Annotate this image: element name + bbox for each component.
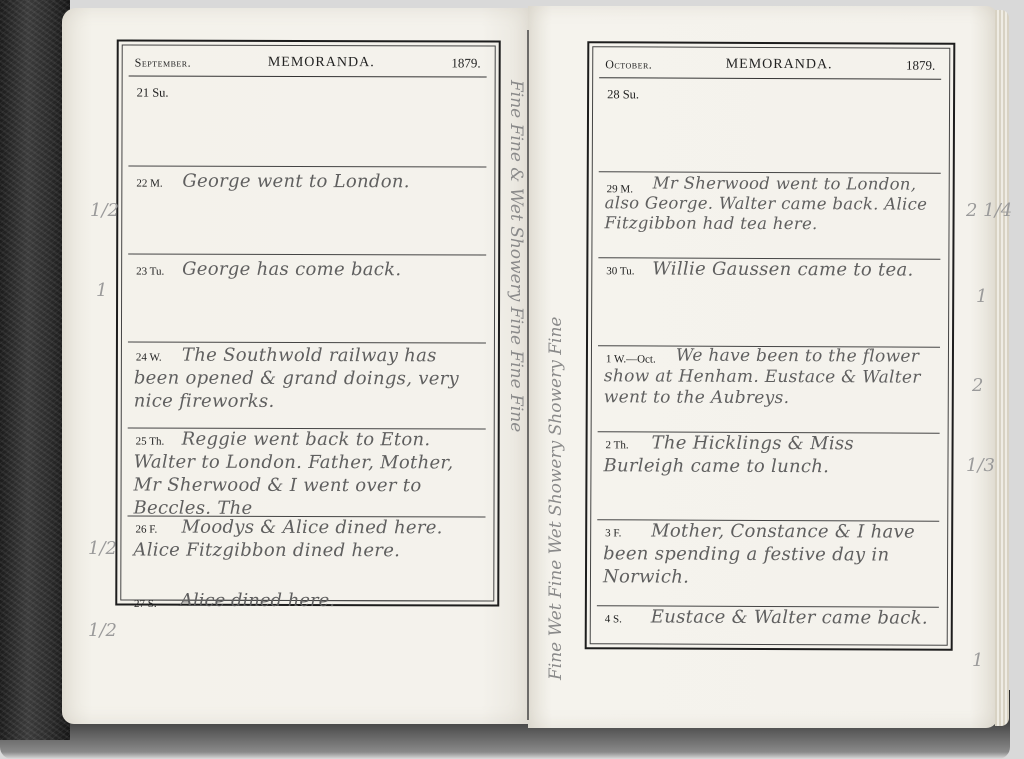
- margin-mark: 1: [972, 650, 983, 671]
- day-entry: 4 S. Eustace & Walter came back.: [597, 605, 939, 642]
- margin-mark: 1: [976, 286, 987, 307]
- margin-mark: 1: [96, 280, 107, 301]
- day-note: Eustace & Walter came back.: [603, 605, 939, 629]
- margin-mark: 1/3: [966, 455, 995, 476]
- day-label: 21 Su.: [137, 86, 169, 101]
- day-note: We have been to the flower show at Henha…: [604, 345, 940, 409]
- day-note: Reggie went back to Eton. Walter to Lond…: [133, 428, 485, 521]
- october-memoranda-frame: October. MEMORANDA. 1879. 28 Su. 29 M. M…: [585, 41, 956, 651]
- day-entry: 24 W. The Southwold railway has been ope…: [128, 342, 486, 430]
- page-edges: [995, 10, 1009, 726]
- day-entry: 30 Tu. Willie Gaussen came to tea.: [598, 257, 940, 347]
- day-label: 22 M.: [136, 178, 162, 190]
- weather-notes-right-column: Fine Wet Fine Wet Showery Showery Fine: [546, 60, 566, 680]
- day-note: Mother, Constance & I have been spending…: [603, 519, 939, 589]
- day-entry: 25 Th. Reggie went back to Eton. Walter …: [127, 428, 485, 518]
- day-note: The Southwold railway has been opened & …: [134, 344, 486, 414]
- day-note: Alice dined here.: [180, 590, 335, 611]
- weather-notes-left-column: Fine Fine & Wet Showery Fine Fine Fine: [506, 80, 526, 680]
- day-note: George went to London.: [182, 170, 486, 194]
- day-label: 28 Su.: [607, 87, 639, 102]
- margin-mark: 1/2: [90, 200, 119, 221]
- day-entry: 28 Su.: [599, 79, 941, 173]
- day-label: 23 Tu.: [136, 266, 164, 278]
- day-entry: 1 W.—Oct. We have been to the flower sho…: [598, 345, 940, 433]
- day-entry: 26 F. Moodys & Alice dined here. Alice F…: [127, 516, 485, 602]
- page-title: MEMORANDA.: [268, 55, 375, 71]
- year-label: 1879.: [451, 55, 480, 71]
- day-note: Moodys & Alice dined here. Alice Fitzgib…: [133, 516, 485, 563]
- margin-mark: 1/2: [88, 620, 117, 641]
- day-note: Mr Sherwood went to London, also George.…: [604, 173, 940, 234]
- day-note: [183, 78, 487, 79]
- margin-mark: 2 1/4: [966, 200, 1012, 221]
- september-memoranda-frame: September. MEMORANDA. 1879. 21 Su. 22 M.…: [115, 39, 500, 606]
- book-spine: [0, 0, 70, 740]
- page-title: MEMORANDA.: [726, 57, 833, 73]
- page-header: September. MEMORANDA. 1879.: [129, 50, 487, 78]
- day-note: The Hicklings & Miss Burleigh came to lu…: [603, 431, 939, 478]
- year-label: 1879.: [906, 58, 935, 74]
- day-entry: 3 F. Mother, Constance & I have been spe…: [597, 519, 939, 607]
- margin-mark: 1/2: [88, 538, 117, 559]
- day-label: 27 S.: [134, 598, 157, 610]
- day-note: George has come back.: [182, 258, 486, 282]
- book-gutter: [527, 30, 529, 720]
- day-note: Willie Gaussen came to tea.: [604, 257, 940, 281]
- day-entry: 23 Tu. George has come back.: [128, 254, 486, 344]
- day-entry: 2 Th. The Hicklings & Miss Burleigh came…: [597, 431, 939, 521]
- month-label: September.: [135, 55, 192, 70]
- margin-mark: 2: [972, 375, 983, 396]
- page-header: October. MEMORANDA. 1879.: [599, 51, 941, 79]
- day-entry: 22 M. George went to London.: [128, 166, 486, 256]
- month-label: October.: [605, 57, 652, 72]
- day-entry: 21 Su.: [128, 78, 486, 168]
- day-entry: 29 M. Mr Sherwood went to London, also G…: [598, 171, 940, 259]
- day-note: [653, 79, 941, 80]
